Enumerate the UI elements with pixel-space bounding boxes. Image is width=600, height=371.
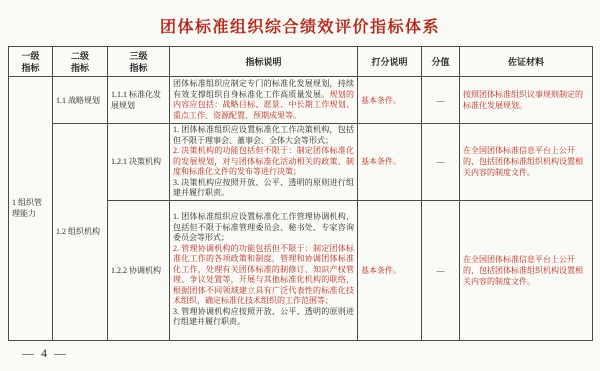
table-row: 1.2 组织机构 1.2.1 决策机构 1. 团体标准组织应设置标准化工作决策机…	[9, 124, 593, 201]
col-header-evidence: 佐证材料	[460, 47, 593, 77]
table-header-row: 一级 指标 二级 指标 三级 指标 指标说明 打分说明 分值 佐证材料	[9, 47, 593, 77]
cell-score-value: —	[422, 77, 460, 124]
cell-scoring-description: 基本条件。	[358, 124, 422, 201]
cell-level2-indicator: 1.2 组织机构	[53, 124, 108, 341]
cell-level3-indicator: 1.1.1 标准化发展规划	[108, 77, 170, 124]
page-number: — 4 —	[22, 346, 68, 361]
col-header-level1-indicator: 一级 指标	[9, 47, 53, 77]
cell-evidence: 在全国团体标准信息平台上公开的，包括团体标准组织机构设置相关内容的制度文件。	[460, 124, 593, 201]
cell-scoring-description: 基本条件。	[358, 77, 422, 124]
cell-indicator-description: 1. 团体标准组织应设置标准化工作决策机构，包括但不限于理事会、董事会、全体大会…	[170, 124, 358, 201]
cell-level3-indicator: 1.2.1 决策机构	[108, 124, 170, 201]
cell-evidence: 在全国团体标准信息平台上公开的，包括团体标准组织机构设置相关内容的制度文件。	[460, 200, 593, 340]
cell-level2-indicator: 1.1 战略规划	[53, 77, 108, 124]
evaluation-indicator-table: 一级 指标 二级 指标 三级 指标 指标说明 打分说明 分值 佐证材料 1 组织…	[8, 46, 593, 341]
table-row: 1 组织管理能力 1.1 战略规划 1.1.1 标准化发展规划 团体标准组织应制…	[9, 77, 593, 124]
col-header-score: 分值	[422, 47, 460, 77]
cell-indicator-description: 1. 团体标准组织应设置标准化工作管理协调机构，包括但不限于标准管理委员会、秘书…	[170, 200, 358, 340]
cell-level3-indicator: 1.2.2 协调机构	[108, 200, 170, 340]
cell-level1-indicator: 1 组织管理能力	[9, 77, 53, 341]
cell-indicator-description: 团体标准组织应制定专门的标准化发展规划，持续有效支撑组织自身标准化工作高质量发展…	[170, 77, 358, 124]
document-title: 团体标准组织综合绩效评价指标体系	[0, 14, 600, 37]
col-header-indicator-description: 指标说明	[170, 47, 358, 77]
cell-evidence: 按照团体标准组织议事规则制定的标准化发展规划。	[460, 77, 593, 124]
col-header-level3-indicator: 三级 指标	[108, 47, 170, 77]
cell-score-value: —	[422, 200, 460, 340]
cell-scoring-description: 基本条件。	[358, 200, 422, 340]
col-header-level2-indicator: 二级 指标	[53, 47, 108, 77]
col-header-scoring-description: 打分说明	[358, 47, 422, 77]
cell-score-value: —	[422, 124, 460, 201]
